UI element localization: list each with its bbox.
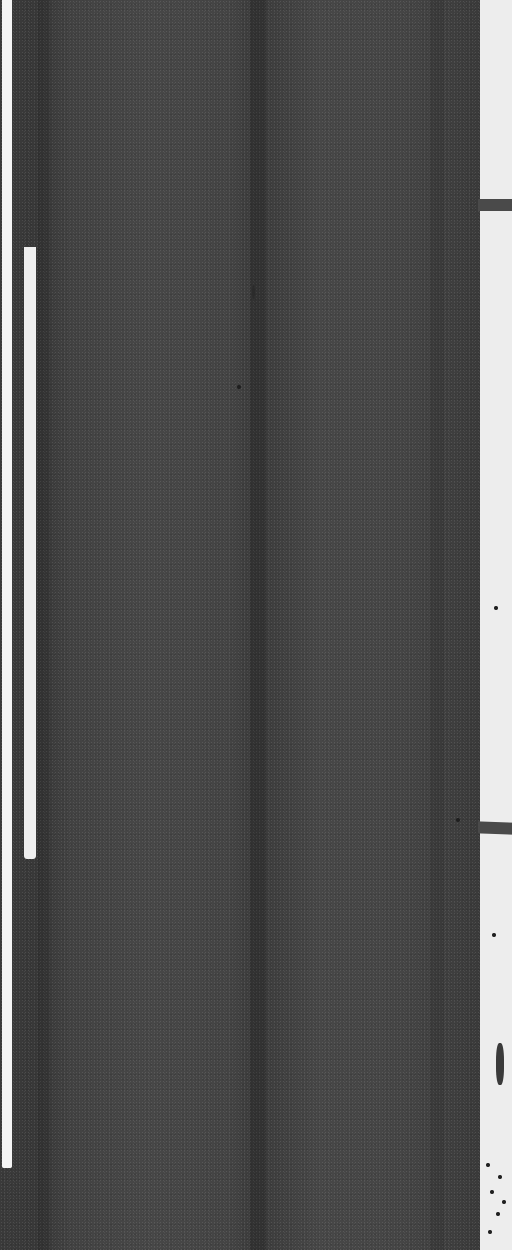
road-surface <box>0 0 512 1250</box>
curb-stain <box>496 1043 504 1085</box>
curb-stain <box>486 1163 490 1167</box>
curb-stain <box>494 606 498 610</box>
asphalt-spot <box>456 818 460 822</box>
asphalt-crack <box>252 285 255 299</box>
curb-stain <box>490 1190 494 1194</box>
wheel-track-left <box>38 0 50 1250</box>
curb-stain <box>498 1175 502 1179</box>
wheel-track-center <box>250 0 266 1250</box>
dashed-lane-line <box>24 247 36 859</box>
curb-expansion-joint <box>478 199 512 211</box>
asphalt-texture <box>0 0 512 1250</box>
solid-edge-line <box>2 0 12 1168</box>
curb-expansion-joint <box>478 821 512 834</box>
curb-stain <box>502 1200 506 1204</box>
curb-stain <box>488 1230 492 1234</box>
wheel-track-right <box>430 0 444 1250</box>
curb-stain <box>496 1212 500 1216</box>
asphalt-spot <box>237 385 241 389</box>
curb-stain <box>492 933 496 937</box>
